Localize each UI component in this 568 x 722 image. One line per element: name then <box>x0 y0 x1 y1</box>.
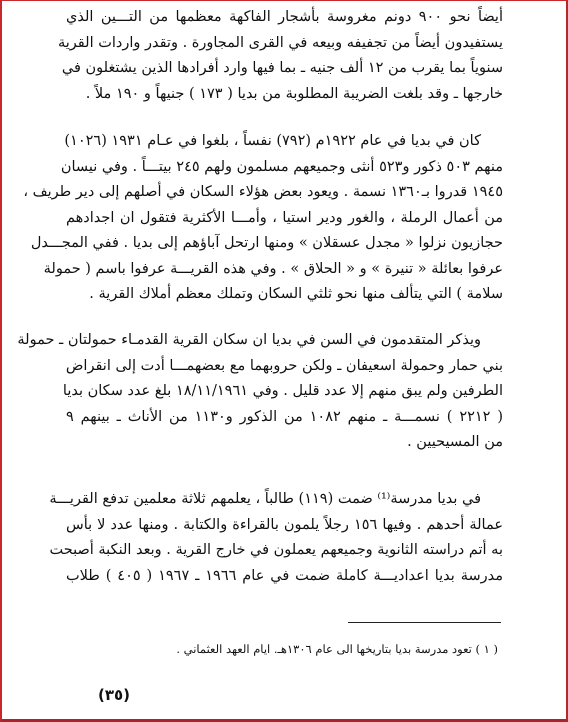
text-line: سنوياً بما يقرب من ١٢ ألف جنيه ـ بما فيه… <box>66 56 503 82</box>
text-line: منهم ٥٠٣ ذكور و٥٢٣ أنثى وجميعهم مسلمون و… <box>66 155 503 181</box>
text-line: عمالة أحدهم . وفيها ١٥٦ رجلاً يلمون بالق… <box>66 513 503 539</box>
text-line: عرفوا بعائلة « تنيرة » و « الحلاق » . وف… <box>66 257 503 283</box>
text-line: أيضاً نحو ٩٠٠ دونم مغروسة بأشجار الفاكهة… <box>66 5 503 31</box>
text-line: من أعمال الرملة ، والغور ودير استيا ، وأ… <box>66 206 503 232</box>
footnote-separator <box>348 622 501 623</box>
text-line: مدرسة بديا اعداديـــة كاملة ضمت في عام ١… <box>66 564 503 590</box>
text-line: ويذكر المتقدمون في السن في بديا ان سكان … <box>66 328 503 354</box>
paragraph-land-and-revenue: أيضاً نحو ٩٠٠ دونم مغروسة بأشجار الفاكهة… <box>66 5 503 107</box>
page-number: (٣٥) <box>98 684 130 706</box>
text-line: يستفيدون أيضاً من تجفيفه وبيعه في القرى … <box>66 31 503 57</box>
text-line: في بديا مدرسة⁽¹⁾ ضمت (١١٩) طالباً ، يعلم… <box>66 487 503 513</box>
footnote: ( ١ ) تعود مدرسة بديا بتاريخها الى عام ١… <box>176 639 498 659</box>
text-line: ( ٢٢١٢ ) نسمـــة ـ منهم ١٠٨٢ من الذكور و… <box>66 405 503 431</box>
paragraph-school: في بديا مدرسة⁽¹⁾ ضمت (١١٩) طالباً ، يعلم… <box>66 487 503 589</box>
text-line: سلامة ) التي يتألف منها نحو ثلثي السكان … <box>66 282 503 308</box>
paragraph-population-origins: كان في بديا في عام ١٩٢٢م (٧٩٢) نفساً ، ب… <box>66 129 503 308</box>
text-line: به أتم دراسته الثانوية وجميعهم يعملون في… <box>66 538 503 564</box>
page-frame: أيضاً نحو ٩٠٠ دونم مغروسة بأشجار الفاكهة… <box>0 0 568 722</box>
text-line: الطرفين ولم يبق منهم إلا عدد قليل . وفي … <box>66 379 503 405</box>
text-line: خارجها ـ وقد بلغت الضريبة المطلوبة من بد… <box>66 82 503 108</box>
text-line: حجازيون نزلوا « مجدل عسقلان » ومنها ارتح… <box>66 231 503 257</box>
paragraph-ancient-clans: ويذكر المتقدمون في السن في بديا ان سكان … <box>66 328 503 456</box>
text-line: من المسيحيين . <box>66 430 503 456</box>
text-line: كان في بديا في عام ١٩٢٢م (٧٩٢) نفساً ، ب… <box>66 129 503 155</box>
text-line: بني حمار وحمولة اسعيفان ـ ولكن حروبهما م… <box>66 354 503 380</box>
text-line: ١٩٤٥ قدروا بـ١٣٦٠ نسمة . ويعود بعض هؤلاء… <box>66 180 503 206</box>
